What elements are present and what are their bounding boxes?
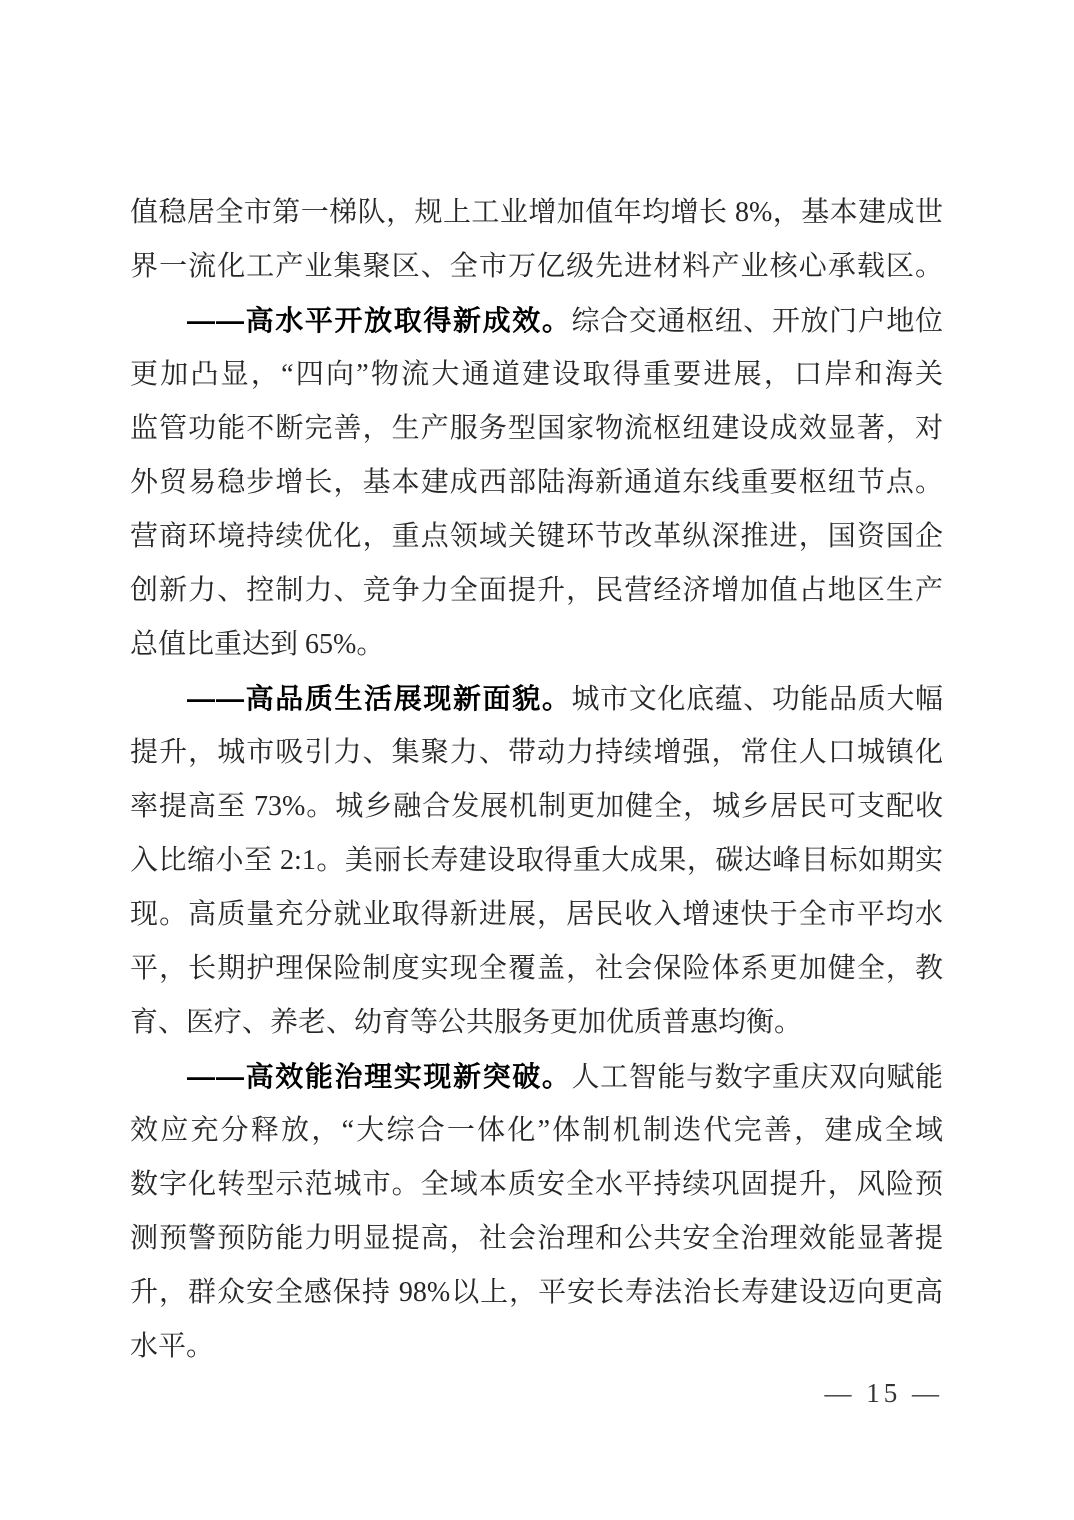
text-line: 营商环境持续优化，重点领域关键环节改革纵深推进，国资国企 (130, 510, 943, 564)
body-text: 城市文化底蕴、功能品质大幅 (572, 684, 944, 715)
text-line: 值稳居全市第一梯队，规上工业增加值年均增长 8%，基本建成世 (130, 186, 943, 240)
body-text: 数字化转型示范城市。全域本质安全水平持续巩固提升，风险预 (130, 1169, 943, 1200)
text-line: 外贸易稳步增长，基本建成西部陆海新通道东线重要枢纽节点。 (130, 456, 943, 510)
body-text: 更加凸显，“四向”物流大通道建设取得重要进展，口岸和海关 (130, 359, 943, 390)
text-line: 更加凸显，“四向”物流大通道建设取得重要进展，口岸和海关 (130, 348, 943, 402)
body-text: 测预警预防能力明显提高，社会治理和公共安全治理效能显著提 (130, 1223, 943, 1254)
text-line: 水平。 (130, 1320, 943, 1374)
text-line: 升，群众安全感保持 98%以上，平安长寿法治长寿建设迈向更高 (130, 1266, 943, 1320)
body-text: 人工智能与数字重庆双向赋能 (572, 1062, 944, 1093)
text-line: 创新力、控制力、竞争力全面提升，民营经济增加值占地区生产 (130, 564, 943, 618)
body-text: 育、医疗、养老、幼育等公共服务更加优质普惠均衡。 (130, 1007, 802, 1038)
text-line: 总值比重达到 65%。 (130, 618, 943, 672)
heading-run-in: ——高品质生活展现新面貌。 (187, 683, 572, 714)
page-number: — 15 — (825, 1376, 944, 1410)
body-text: 升，群众安全感保持 98%以上，平安长寿法治长寿建设迈向更高 (130, 1277, 943, 1308)
text-line: ——高水平开放取得新成效。综合交通枢纽、开放门户地位 (130, 294, 943, 348)
text-line: 率提高至 73%。城乡融合发展机制更加健全，城乡居民可支配收 (130, 780, 943, 834)
document-body: 值稳居全市第一梯队，规上工业增加值年均增长 8%，基本建成世界一流化工产业集聚区… (130, 186, 943, 1374)
body-text: 提升，城市吸引力、集聚力、带动力持续增强，常住人口城镇化 (130, 737, 943, 768)
body-text: 率提高至 73%。城乡融合发展机制更加健全，城乡居民可支配收 (130, 791, 943, 822)
heading-run-in: ——高水平开放取得新成效。 (187, 305, 572, 336)
body-text: 界一流化工产业集聚区、全市万亿级先进材料产业核心承载区。 (130, 251, 943, 282)
text-line: 育、医疗、养老、幼育等公共服务更加优质普惠均衡。 (130, 996, 943, 1050)
body-text: 综合交通枢纽、开放门户地位 (572, 306, 944, 337)
text-line: ——高品质生活展现新面貌。城市文化底蕴、功能品质大幅 (130, 672, 943, 726)
text-line: 平，长期护理保险制度实现全覆盖，社会保险体系更加健全，教 (130, 942, 943, 996)
text-line: 测预警预防能力明显提高，社会治理和公共安全治理效能显著提 (130, 1212, 943, 1266)
body-text: 平，长期护理保险制度实现全覆盖，社会保险体系更加健全，教 (130, 953, 943, 984)
text-line: 提升，城市吸引力、集聚力、带动力持续增强，常住人口城镇化 (130, 726, 943, 780)
text-line: 数字化转型示范城市。全域本质安全水平持续巩固提升，风险预 (130, 1158, 943, 1212)
text-line: 监管功能不断完善，生产服务型国家物流枢纽建设成效显著，对 (130, 402, 943, 456)
body-text: 值稳居全市第一梯队，规上工业增加值年均增长 8%，基本建成世 (130, 197, 943, 228)
heading-run-in: ——高效能治理实现新突破。 (187, 1061, 572, 1092)
body-text: 效应充分释放，“大综合一体化”体制机制迭代完善，建成全域 (130, 1115, 943, 1146)
text-line: 效应充分释放，“大综合一体化”体制机制迭代完善，建成全域 (130, 1104, 943, 1158)
paragraph-high-efficiency-governance: ——高效能治理实现新突破。人工智能与数字重庆双向赋能效应充分释放，“大综合一体化… (130, 1050, 943, 1374)
text-line: 入比缩小至 2:1。美丽长寿建设取得重大成果，碳达峰目标如期实 (130, 834, 943, 888)
body-text: 水平。 (130, 1331, 214, 1362)
text-line: 界一流化工产业集聚区、全市万亿级先进材料产业核心承载区。 (130, 240, 943, 294)
body-text: 总值比重达到 65%。 (130, 629, 384, 660)
body-text: 监管功能不断完善，生产服务型国家物流枢纽建设成效显著，对 (130, 413, 943, 444)
text-line: 现。高质量充分就业取得新进展，居民收入增速快于全市平均水 (130, 888, 943, 942)
text-line: ——高效能治理实现新突破。人工智能与数字重庆双向赋能 (130, 1050, 943, 1104)
body-text: 创新力、控制力、竞争力全面提升，民营经济增加值占地区生产 (130, 575, 943, 606)
paragraph-industry-continuation: 值稳居全市第一梯队，规上工业增加值年均增长 8%，基本建成世界一流化工产业集聚区… (130, 186, 943, 294)
paragraph-high-level-opening: ——高水平开放取得新成效。综合交通枢纽、开放门户地位更加凸显，“四向”物流大通道… (130, 294, 943, 672)
body-text: 营商环境持续优化，重点领域关键环节改革纵深推进，国资国企 (130, 521, 943, 552)
document-page: 值稳居全市第一梯队，规上工业增加值年均增长 8%，基本建成世界一流化工产业集聚区… (0, 0, 1074, 1520)
body-text: 现。高质量充分就业取得新进展，居民收入增速快于全市平均水 (130, 899, 943, 930)
body-text: 入比缩小至 2:1。美丽长寿建设取得重大成果，碳达峰目标如期实 (130, 845, 943, 876)
paragraph-high-quality-life: ——高品质生活展现新面貌。城市文化底蕴、功能品质大幅提升，城市吸引力、集聚力、带… (130, 672, 943, 1050)
body-text: 外贸易稳步增长，基本建成西部陆海新通道东线重要枢纽节点。 (130, 467, 943, 498)
